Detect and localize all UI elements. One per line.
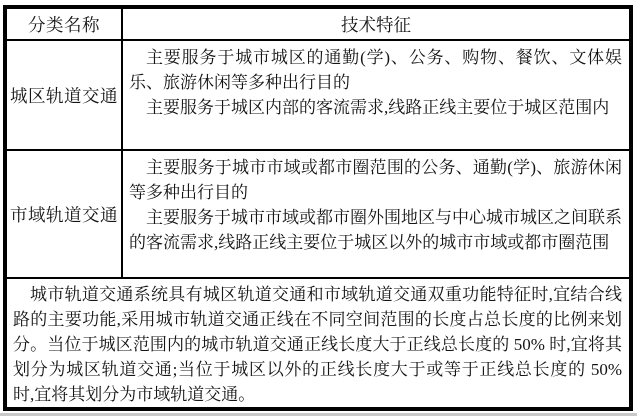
- feature-paragraph: 主要服务于城市市域或都市圈外围地区与中心城市城区之间联系的客流需求,线路正线主要…: [129, 205, 622, 255]
- page-bottom-edge: [0, 413, 637, 416]
- note-paragraph: 城市轨道交通系统具有城区轨道交通和市域轨道交通双重功能特征时,宜结合线路的主要功…: [13, 282, 622, 407]
- document-page: 分类名称 技术特征 城区轨道交通 主要服务于城市城区的通勤(学)、公务、购物、餐…: [0, 0, 637, 417]
- row-features-urban-rail: 主要服务于城市城区的通勤(学)、公务、购物、餐饮、文体娱乐、旅游休闲等多种出行目…: [123, 41, 629, 149]
- row-label-metropolitan-rail: 市域轨道交通: [7, 151, 123, 277]
- feature-paragraph: 主要服务于城区内部的客流需求,线路正线主要位于城区范围内: [129, 95, 622, 120]
- table-row-urban-rail: 城区轨道交通 主要服务于城市城区的通勤(学)、公务、购物、餐饮、文体娱乐、旅游休…: [7, 41, 629, 151]
- feature-paragraph: 主要服务于城市市域或都市圈范围的公务、通勤(学)、旅游休闲等多种出行目的: [129, 155, 622, 205]
- table-note-row: 城市轨道交通系统具有城区轨道交通和市域轨道交通双重功能特征时,宜结合线路的主要功…: [7, 279, 629, 407]
- row-label-urban-rail: 城区轨道交通: [7, 41, 123, 149]
- header-classification-name: 分类名称: [7, 9, 123, 39]
- classification-table: 分类名称 技术特征 城区轨道交通 主要服务于城市城区的通勤(学)、公务、购物、餐…: [3, 5, 633, 411]
- table-header-row: 分类名称 技术特征: [7, 9, 629, 41]
- header-technical-features: 技术特征: [123, 9, 629, 39]
- row-features-metropolitan-rail: 主要服务于城市市域或都市圈范围的公务、通勤(学)、旅游休闲等多种出行目的 主要服…: [123, 151, 629, 277]
- feature-paragraph: 主要服务于城市城区的通勤(学)、公务、购物、餐饮、文体娱乐、旅游休闲等多种出行目…: [129, 45, 622, 95]
- table-row-metropolitan-rail: 市域轨道交通 主要服务于城市市域或都市圈范围的公务、通勤(学)、旅游休闲等多种出…: [7, 151, 629, 279]
